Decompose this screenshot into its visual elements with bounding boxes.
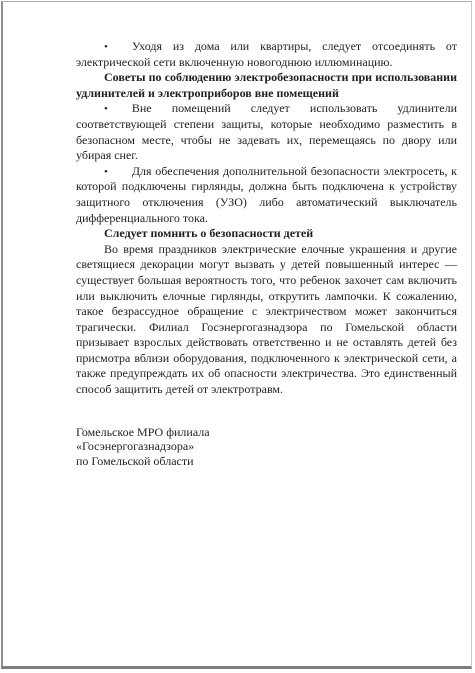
- signature-line: Гомельское МРО филиала: [76, 425, 457, 440]
- section-heading: Советы по соблюдению электробезопасности…: [76, 70, 457, 101]
- bullet-icon: •: [104, 41, 108, 53]
- bullet-icon: •: [104, 103, 108, 115]
- document-page: •Уходя из дома или квартиры, следует отс…: [1, 1, 472, 669]
- signature-block: Гомельское МРО филиала «Госэнергогазнадз…: [76, 425, 457, 469]
- bullet-paragraph: •Для обеспечения дополнительной безопасн…: [76, 164, 457, 226]
- paragraph-text: Уходя из дома или квартиры, следует отсо…: [76, 39, 457, 69]
- section-heading: Следует помнить о безопасности детей: [76, 226, 457, 242]
- body-paragraph: Во время праздников электрические елочны…: [76, 242, 457, 398]
- paragraph-text: Для обеспечения дополнительной безопасно…: [76, 164, 457, 225]
- bullet-paragraph: •Вне помещений следует использовать удли…: [76, 101, 457, 163]
- signature-line: по Гомельской области: [76, 454, 457, 469]
- document-content: •Уходя из дома или квартиры, следует отс…: [76, 39, 457, 469]
- paragraph-text: Вне помещений следует использовать удлин…: [76, 101, 457, 162]
- signature-line: «Госэнергогазнадзора»: [76, 439, 457, 454]
- bullet-icon: •: [104, 166, 108, 178]
- bullet-paragraph: •Уходя из дома или квартиры, следует отс…: [76, 39, 457, 70]
